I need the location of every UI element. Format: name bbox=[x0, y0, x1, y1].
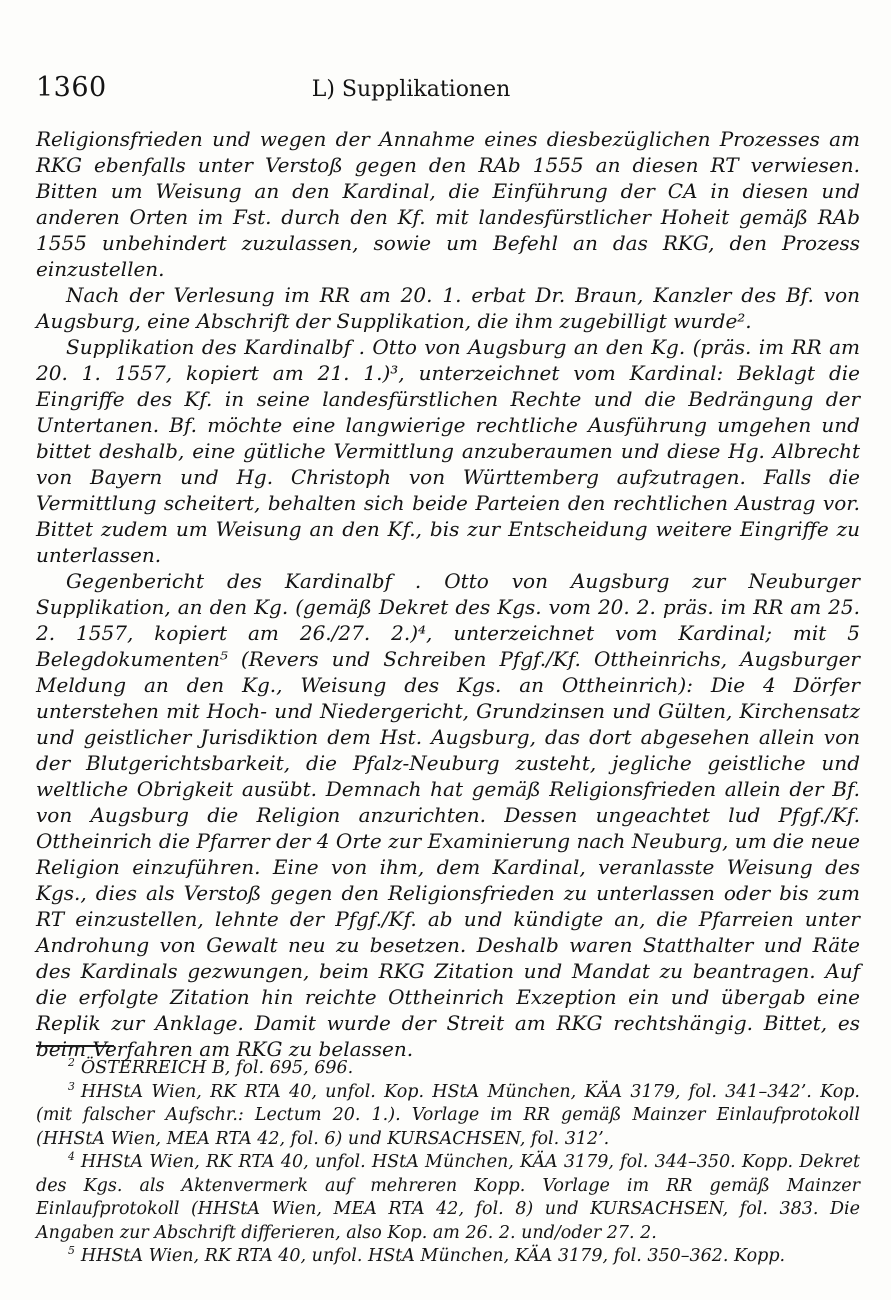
footnote-5-text: HHStA Wien, RK RTA 40, unfol. HStA Münch… bbox=[81, 1246, 785, 1266]
footnote-5: 5HHStA Wien, RK RTA 40, unfol. HStA Münc… bbox=[36, 1245, 860, 1269]
footnote-3: 3HHStA Wien, RK RTA 40, unfol. Kop. HStA… bbox=[36, 1081, 860, 1152]
paragraph-verlesung: Nach der Verlesung im RR am 20. 1. erbat… bbox=[36, 282, 860, 334]
footnote-3-marker: 3 bbox=[68, 1080, 75, 1093]
running-header: L) Supplikationen bbox=[36, 77, 786, 102]
body-text: Religionsfrieden und wegen der Annahme e… bbox=[36, 126, 860, 1062]
book-page: 1360 L) Supplikationen Religionsfrieden … bbox=[0, 0, 891, 1300]
footnote-2-text: ÖSTERREICH B, fol. 695, 696. bbox=[81, 1058, 353, 1078]
footnote-2: 2ÖSTERREICH B, fol. 695, 696. bbox=[36, 1057, 860, 1081]
footnote-3-text: HHStA Wien, RK RTA 40, unfol. Kop. HStA … bbox=[36, 1082, 860, 1149]
footnote-separator-rule bbox=[36, 1045, 114, 1047]
paragraph-supplikation: Supplikation des Kardinalbf . Otto von A… bbox=[36, 334, 860, 568]
footnote-4: 4HHStA Wien, RK RTA 40, unfol. HStA Münc… bbox=[36, 1151, 860, 1245]
footnote-5-marker: 5 bbox=[68, 1244, 75, 1257]
paragraph-gegenbericht: Gegenbericht des Kardinalbf . Otto von A… bbox=[36, 568, 860, 1062]
paragraph-summary-continuation: Religionsfrieden und wegen der Annahme e… bbox=[36, 126, 860, 282]
footnote-4-text: HHStA Wien, RK RTA 40, unfol. HStA Münch… bbox=[36, 1152, 860, 1243]
footnote-area: 2ÖSTERREICH B, fol. 695, 696. 3HHStA Wie… bbox=[36, 1045, 860, 1269]
footnote-4-marker: 4 bbox=[68, 1150, 75, 1163]
footnote-2-marker: 2 bbox=[68, 1056, 75, 1069]
